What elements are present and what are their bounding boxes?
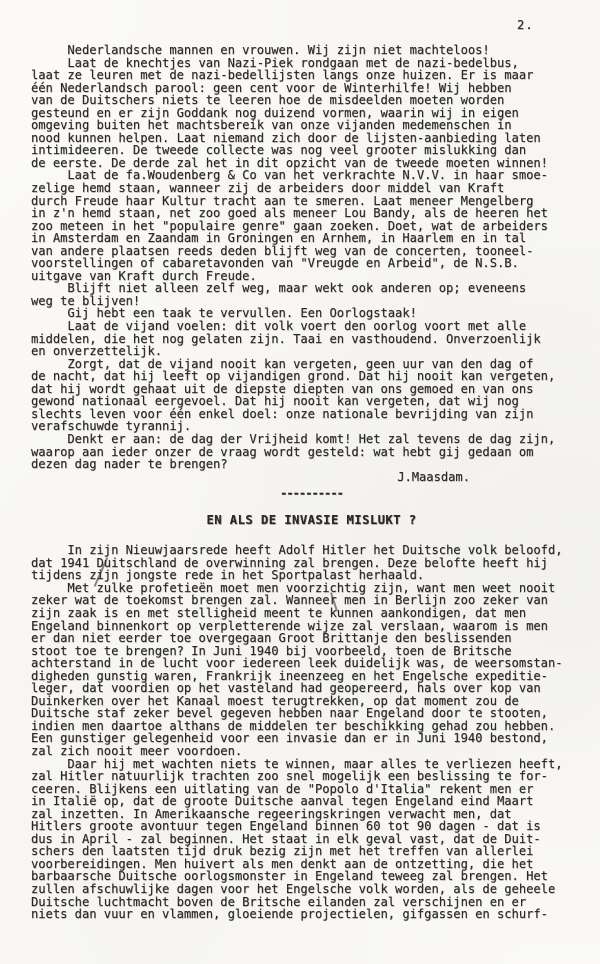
article-title: EN ALS DE INVASIE MISLUKT ? — [31, 514, 592, 527]
paragraph: Blijft niet alleen zelf weg, maar wekt o… — [31, 282, 592, 307]
paragraph: Met zulke profetieën moet men voorzichti… — [31, 582, 592, 758]
paragraph: Laat de vijand voelen: dit volk voert de… — [31, 320, 592, 358]
page-number: 2. — [517, 19, 534, 32]
separator-dashes: ---------- — [31, 487, 592, 500]
paragraph: Zorgt, dat de vijand nooit kan vergeten,… — [31, 358, 592, 433]
signature: J.Maasdam. — [31, 471, 592, 484]
paragraph: Daar hij met wachten niets te winnen, ma… — [31, 758, 592, 921]
document-page: 2. Nederlandsche mannen en vrouwen. Wij … — [0, 0, 600, 964]
article-call-to-action: Nederlandsche mannen en vrouwen. Wij zij… — [31, 44, 592, 500]
article-invasion: EN ALS DE INVASIE MISLUKT ? In zijn Nieu… — [31, 514, 592, 921]
paragraph: Laat de knechtjes van Nazi-Piek rondgaan… — [31, 57, 592, 170]
paragraph: In zijn Nieuwjaarsrede heeft Adolf Hitle… — [31, 544, 592, 582]
paragraph: Nederlandsche mannen en vrouwen. Wij zij… — [31, 44, 592, 57]
paragraph: Denkt er aan: de dag der Vrijheid komt! … — [31, 433, 592, 471]
paragraph: Laat de fa.Woudenberg & Co van het verkr… — [31, 169, 592, 282]
